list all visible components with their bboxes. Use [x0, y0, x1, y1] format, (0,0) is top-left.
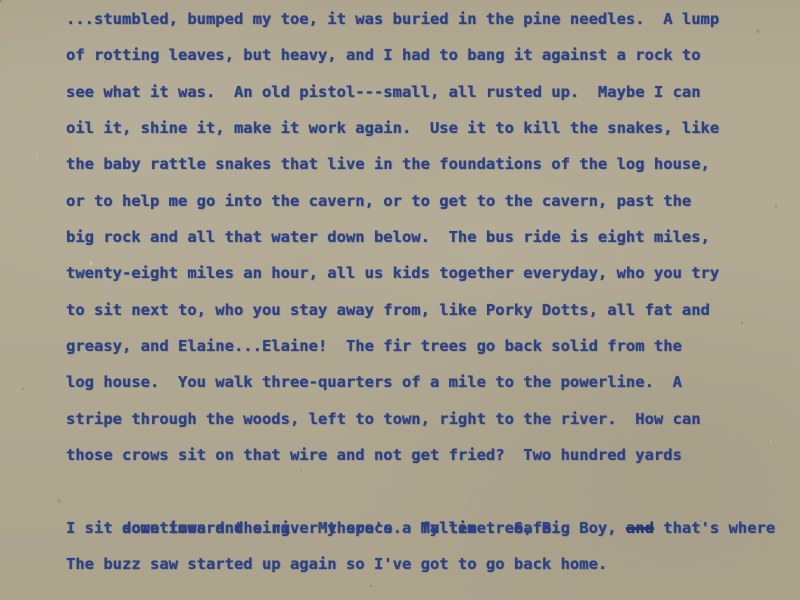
- typed-line: of rotting leaves, but heavy, and I had …: [66, 37, 756, 73]
- paper-specks: [0, 0, 2, 2]
- typed-line: or to help me go into the cavern, or to …: [66, 183, 756, 219]
- typed-line: The buzz saw started up again so I've go…: [66, 546, 756, 582]
- typewritten-page: ...stumbled, bumped my toe, it was burie…: [0, 0, 800, 600]
- typed-text-block: ...stumbled, bumped my toe, it was burie…: [66, 1, 756, 583]
- typed-line: ...stumbled, bumped my toe, it was burie…: [66, 1, 756, 37]
- typed-line: twenty-eight miles an hour, all us kids …: [66, 255, 756, 291]
- typed-line: big rock and all that water down below. …: [66, 219, 756, 255]
- typed-line: greasy, and Elaine...Elaine! The fir tre…: [66, 328, 756, 364]
- typed-line: down toward the river there's a fallen t…: [66, 473, 756, 509]
- typed-line: oil it, shine it, make it work again. Us…: [66, 110, 756, 146]
- typed-line: those crows sit on that wire and not get…: [66, 437, 756, 473]
- typed-line: log house. You walk three-quarters of a …: [66, 364, 756, 400]
- typed-line: see what it was. An old pistol---small, …: [66, 74, 756, 110]
- struck-word: and: [626, 519, 654, 537]
- typed-line: the baby rattle snakes that live in the …: [66, 146, 756, 182]
- typed-text: that's where: [654, 519, 775, 537]
- typed-line: to sit next to, who you stay away from, …: [66, 292, 756, 328]
- typed-line: stripe through the woods, left to town, …: [66, 401, 756, 437]
